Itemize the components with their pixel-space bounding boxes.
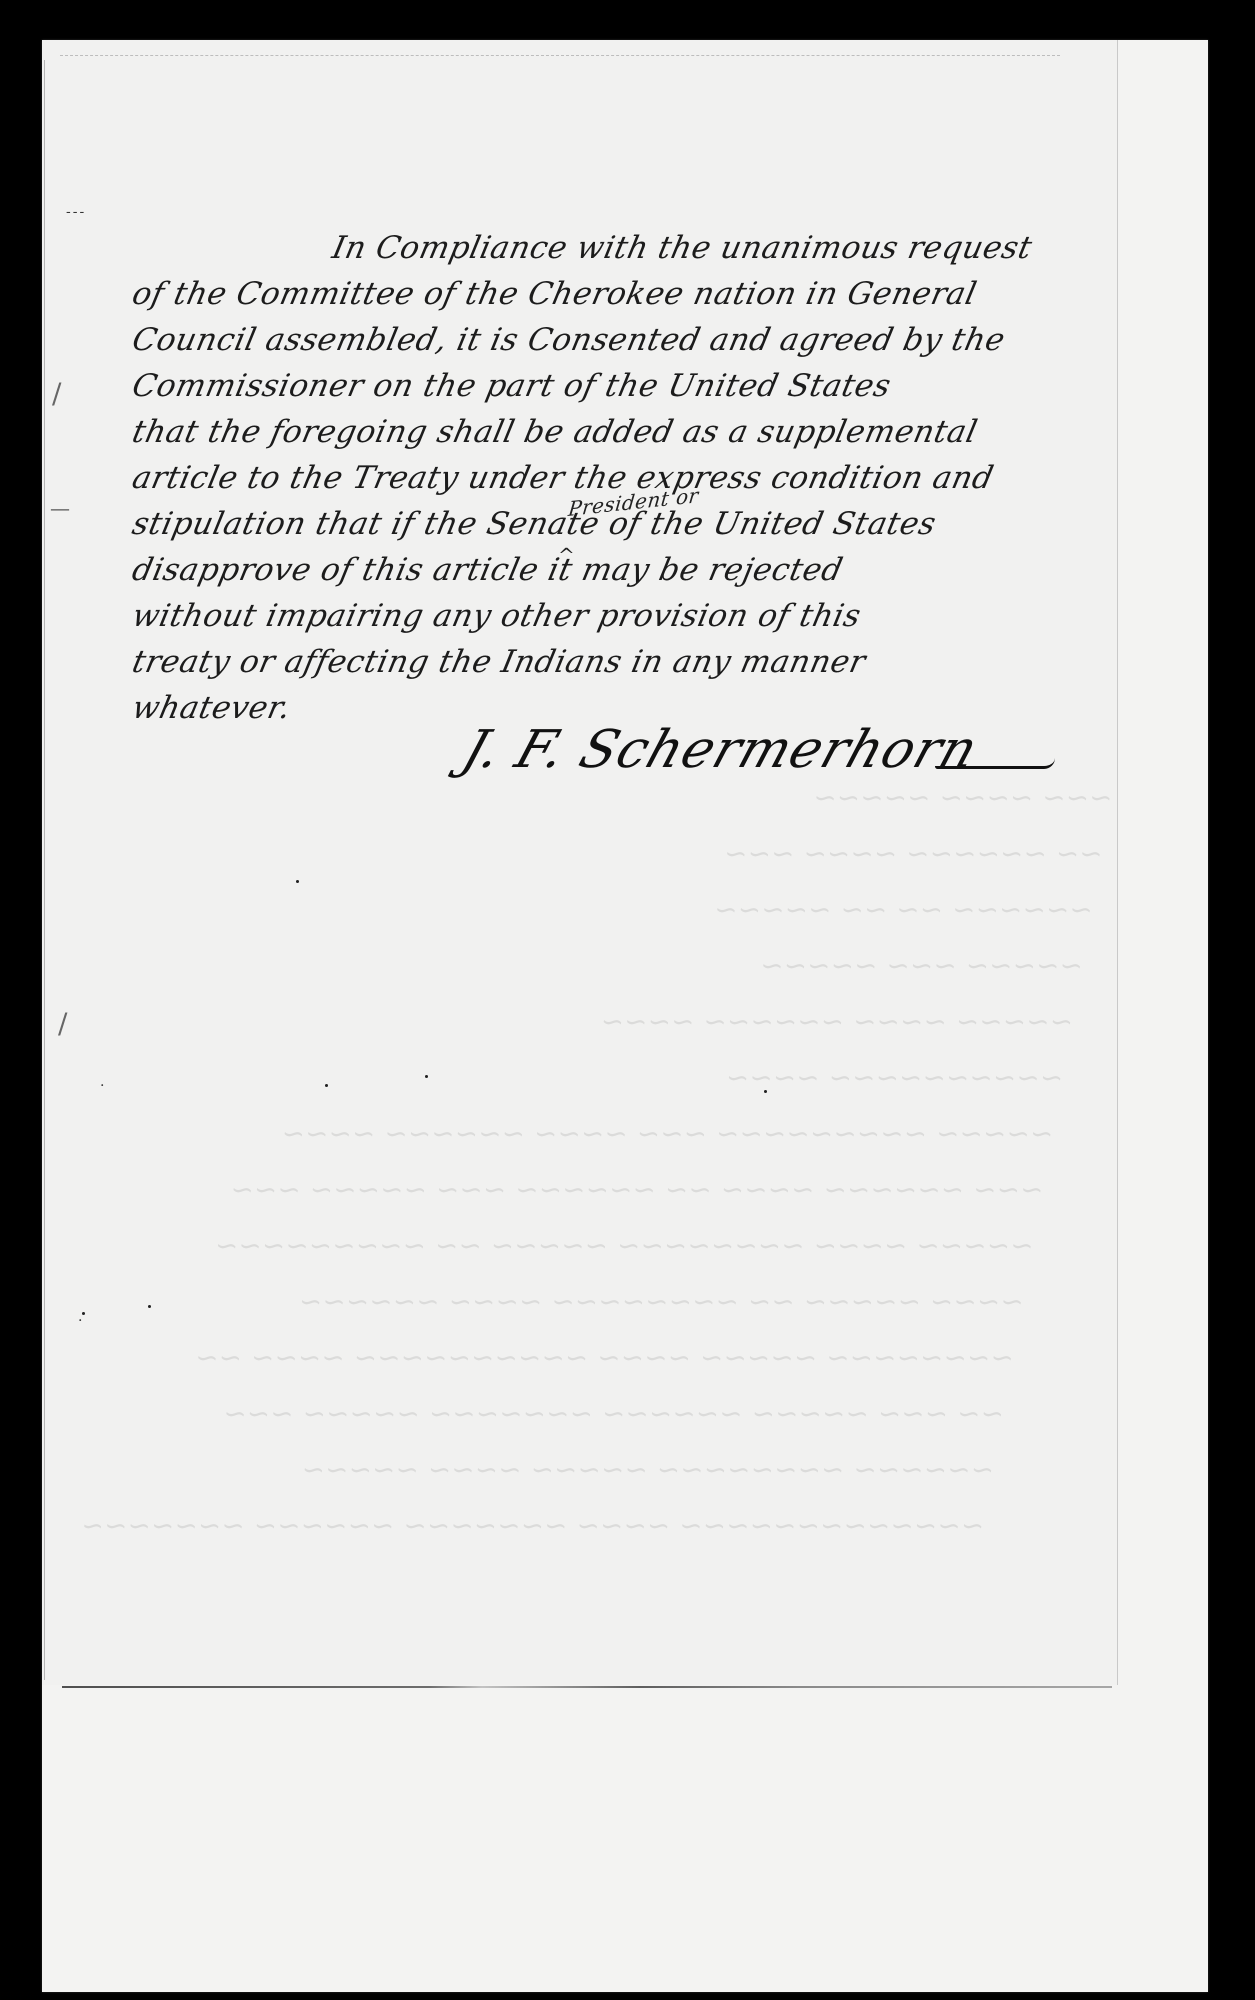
ink-speck (764, 1090, 767, 1093)
bleed-line: ~~~ ~~~~~~ ~~~~ ~~ ~~~~~~ ~~~ ~~~~~ ~~~ (139, 1162, 1049, 1218)
margin-dot-mark: . (100, 1075, 104, 1089)
manuscript-line: of the Committee of the Cherokee nation … (128, 271, 1098, 317)
bleed-line: ~~~~~ ~~~ ~~~~~ (178, 938, 1088, 994)
bleed-line: ~~~~~~ ~~ ~~ ~~~~~ (188, 882, 1098, 938)
ink-speck (296, 880, 299, 883)
manuscript-line: that the foregoing shall be added as a s… (128, 409, 1098, 455)
bleed-line: ~~~~~~ ~~~~~~~~ ~~~~~ ~~~~ ~~~~~ (89, 1442, 999, 1498)
bleed-line: ~~~~~~~~~~~~~ ~~~~ ~~~~~~~ ~~~~~~ ~~~~~~… (79, 1498, 989, 1554)
manuscript-line: In Compliance with the unanimous request (128, 225, 1098, 271)
bleed-line: ~~~~~ ~~~~ ~~~~~~~~ ~~~~~ ~~ ~~~~~~~~~ (129, 1218, 1039, 1274)
bleed-line: ~~~~~~~~~~ ~~~~ (158, 1050, 1068, 1106)
bleed-line: ~~ ~~~~~~ ~~~~ ~~~ (198, 826, 1108, 882)
top-edge-dashes (60, 55, 1060, 57)
margin-slash-mark: / (52, 380, 61, 408)
margin-line-mark: — (50, 498, 70, 518)
ink-speck (148, 1305, 151, 1308)
insertion-caret-icon: ^ (558, 543, 575, 567)
bottom-edge-line (62, 1686, 1112, 1688)
bleed-through-text: ~~~ ~~~~ ~~~~~ ~~ ~~~~~~ ~~~~ ~~~ ~~~~~~… (62, 770, 1117, 1650)
ink-speck (425, 1075, 428, 1078)
signature-flourish (935, 758, 1055, 769)
manuscript-line: Council assembled, it is Consented and a… (128, 317, 1098, 363)
manuscript-line: disapprove of this article it may be rej… (128, 547, 1098, 593)
margin-slash-mark-lower: / (58, 1010, 67, 1038)
bleed-line: ~~~~ ~~~~~ ~~ ~~~~~~~~ ~~~~ ~~~~~~ (119, 1274, 1029, 1330)
bleed-line: ~~~~~ ~~~~ ~~~~~~ ~~~~ (168, 994, 1078, 1050)
bleed-line: ~~~~~ ~~~~~~~~~ ~~~ ~~~~ ~~~~~~ ~~~~ (148, 1106, 1058, 1162)
manuscript-line: Commissioner on the part of the United S… (128, 363, 1098, 409)
ink-speck (325, 1084, 328, 1087)
bleed-line: ~~~~~~~~ ~~~~~ ~~~~ ~~~~~~~~~~ ~~~~ ~~ (109, 1330, 1019, 1386)
manuscript-line: without impairing any other provision of… (128, 593, 1098, 639)
bleed-line: ~~ ~~~ ~~~~~ ~~~~~~ ~~~~~~~ ~~~~~ ~~~ (99, 1386, 1009, 1442)
margin-dash-mark: --- (66, 205, 86, 219)
manuscript-body: In Compliance with the unanimous request… (128, 225, 1088, 731)
left-edge-line (44, 60, 45, 1680)
ink-speck (82, 1312, 85, 1315)
signature: J. F. Schermerhorn (455, 720, 985, 780)
manuscript-line: treaty or affecting the Indians in any m… (128, 639, 1098, 685)
